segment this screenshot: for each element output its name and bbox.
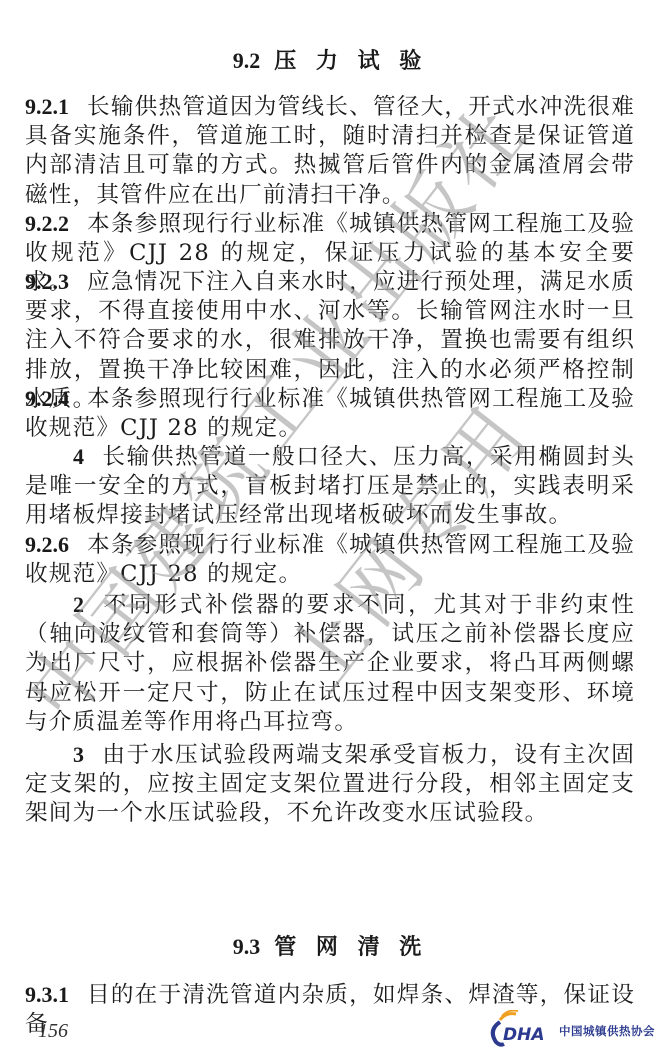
page-number: 156 [38, 1020, 68, 1043]
section-heading-9-3: 9.3管 网 清 洗 [25, 930, 635, 961]
paragraph-9-2-6-item-2: 2不同形式补偿器的要求不同，尤其对于非约束性（轴向波纹管和套筒等）补偿器，试压之… [25, 590, 635, 737]
clause-number: 9.2.1 [25, 94, 69, 119]
svg-text:DHA: DHA [503, 1025, 545, 1045]
association-logo: DHA 中国城镇供热协会 [486, 1010, 661, 1048]
paragraph-9-2-1: 9.2.1长输供热管道因为管线长、管径大，开式水冲洗很难具备实施条件，管道施工时… [25, 92, 635, 210]
paragraph-text: 本条参照现行行业标准《城镇供热管网工程施工及验收规范》CJJ 28 的规定。 [25, 386, 635, 441]
paragraph-9-2-6-item-3: 3由于水压试验段两端支架承受盲板力，设有主次固定支架的，应按主固定支架位置进行分… [25, 740, 635, 829]
paragraph-text: 由于水压试验段两端支架承受盲板力，设有主次固定支架的，应按主固定支架位置进行分段… [25, 742, 635, 826]
paragraph-text: 长输供热管道一般口径大、压力高，采用椭圆封头是唯一安全的方式，盲板封堵打压是禁止… [25, 444, 635, 528]
section-heading-9-2: 9.2压 力 试 验 [25, 44, 635, 75]
dha-logo-icon: DHA [486, 1010, 558, 1048]
section-number: 9.2 [233, 48, 261, 73]
clause-number: 9.2.6 [25, 532, 69, 557]
paragraph-text: 长输供热管道因为管线长、管径大，开式水冲洗很难具备实施条件，管道施工时，随时清扫… [25, 94, 635, 208]
paragraph-text: 本条参照现行行业标准《城镇供热管网工程施工及验收规范》CJJ 28 的规定。 [25, 532, 635, 587]
clause-number: 2 [73, 592, 84, 617]
paragraph-text: 不同形式补偿器的要求不同，尤其对于非约束性（轴向波纹管和套筒等）补偿器，试压之前… [25, 592, 635, 735]
clause-number: 9.2.3 [25, 269, 69, 294]
clause-number: 4 [73, 444, 84, 469]
section-title: 管 网 清 洗 [274, 935, 427, 960]
paragraph-9-2-6: 9.2.6本条参照现行行业标准《城镇供热管网工程施工及验收规范》CJJ 28 的… [25, 530, 635, 589]
clause-number: 9.3.1 [25, 982, 69, 1007]
clause-number: 9.2.4 [25, 386, 69, 411]
section-number: 9.3 [233, 934, 261, 959]
paragraph-9-2-4: 9.2.4本条参照现行行业标准《城镇供热管网工程施工及验收规范》CJJ 28 的… [25, 384, 635, 443]
section-title: 压 力 试 验 [274, 49, 427, 74]
clause-number: 9.2.2 [25, 211, 69, 236]
paragraph-9-2-5-item-4: 4长输供热管道一般口径大、压力高，采用椭圆封头是唯一安全的方式，盲板封堵打压是禁… [25, 442, 635, 531]
clause-number: 3 [73, 742, 84, 767]
logo-organization-name: 中国城镇供热协会 [559, 1023, 655, 1039]
